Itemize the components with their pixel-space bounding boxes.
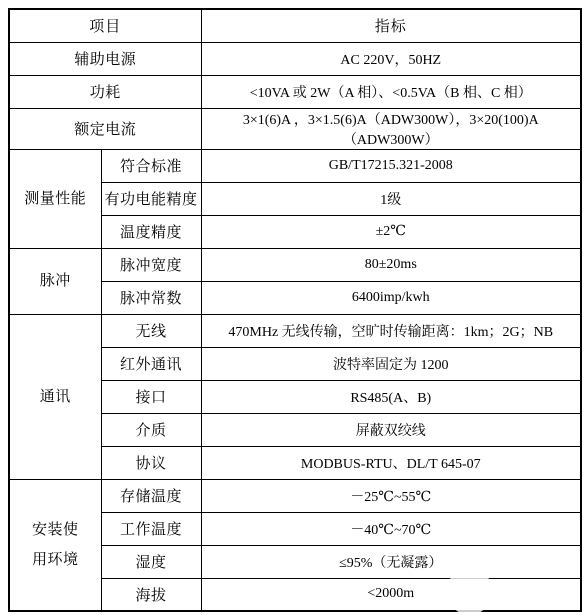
row-value: 屏蔽双绞线	[201, 413, 581, 446]
row-value: 波特率固定为 1200	[201, 347, 581, 380]
col-header-item: 项目	[9, 9, 201, 42]
table-row-storage-temp: 安装使 用环境 存储温度 －25℃~55℃	[9, 479, 581, 512]
table-header-row: 项目 指标	[9, 9, 581, 42]
row-label: 协议	[101, 446, 201, 479]
row-label: 符合标准	[101, 149, 201, 182]
row-label: 无线	[101, 314, 201, 347]
table-row-power-consumption: 功耗 <10VA 或 2W（A 相）、<0.5VA（B 相、C 相）	[9, 75, 581, 108]
table-row-pulse-width: 脉冲 脉冲宽度 80±20ms	[9, 248, 581, 281]
row-label: 温度精度	[101, 215, 201, 248]
row-value: <10VA 或 2W（A 相）、<0.5VA（B 相、C 相）	[201, 75, 581, 108]
table-row-standard: 测量性能 符合标准 GB/T17215.321-2008	[9, 149, 581, 182]
row-value: GB/T17215.321-2008	[201, 149, 581, 182]
spec-table: 项目 指标 辅助电源 AC 220V，50HZ 功耗 <10VA 或 2W（A …	[8, 8, 582, 612]
row-label: 存储温度	[101, 479, 201, 512]
group-label-environment: 安装使 用环境	[9, 479, 101, 611]
row-value: ≤95%（无凝露）	[201, 545, 581, 578]
table-row-aux-power: 辅助电源 AC 220V，50HZ	[9, 42, 581, 75]
row-label: 红外通讯	[101, 347, 201, 380]
row-label: 额定电流	[9, 108, 201, 149]
group-label-communication: 通讯	[9, 314, 101, 479]
row-label: 有功电能精度	[101, 182, 201, 215]
row-value: 3×1(6)A ，3×1.5(6)A（ADW300W），3×20(100)A（A…	[201, 108, 581, 149]
table-row-wireless: 通讯 无线 470MHz 无线传输，空旷时传输距离：1km；2G；NB	[9, 314, 581, 347]
row-label: 工作温度	[101, 512, 201, 545]
row-value: 80±20ms	[201, 248, 581, 281]
row-value: －40℃~70℃	[201, 512, 581, 545]
row-value: MODBUS-RTU、DL/T 645-07	[201, 446, 581, 479]
row-value: 470MHz 无线传输，空旷时传输距离：1km；2G；NB	[201, 314, 581, 347]
row-label: 接口	[101, 380, 201, 413]
row-value: －25℃~55℃	[201, 479, 581, 512]
row-label: 辅助电源	[9, 42, 201, 75]
row-label: 海拔	[101, 578, 201, 611]
row-label: 介质	[101, 413, 201, 446]
row-value: <2000m	[201, 578, 581, 611]
row-label: 湿度	[101, 545, 201, 578]
table-row-rated-current: 额定电流 3×1(6)A ，3×1.5(6)A（ADW300W），3×20(10…	[9, 108, 581, 149]
row-value: AC 220V，50HZ	[201, 42, 581, 75]
row-value: 6400imp/kwh	[201, 281, 581, 314]
spec-sheet-page: 项目 指标 辅助电源 AC 220V，50HZ 功耗 <10VA 或 2W（A …	[0, 0, 588, 615]
row-label: 脉冲常数	[101, 281, 201, 314]
row-value: RS485(A、B)	[201, 380, 581, 413]
group-label-pulse: 脉冲	[9, 248, 101, 314]
row-value: ±2℃	[201, 215, 581, 248]
col-header-spec: 指标	[201, 9, 581, 42]
group-label-measurement: 测量性能	[9, 149, 101, 248]
row-value: 1级	[201, 182, 581, 215]
row-label: 功耗	[9, 75, 201, 108]
row-label: 脉冲宽度	[101, 248, 201, 281]
